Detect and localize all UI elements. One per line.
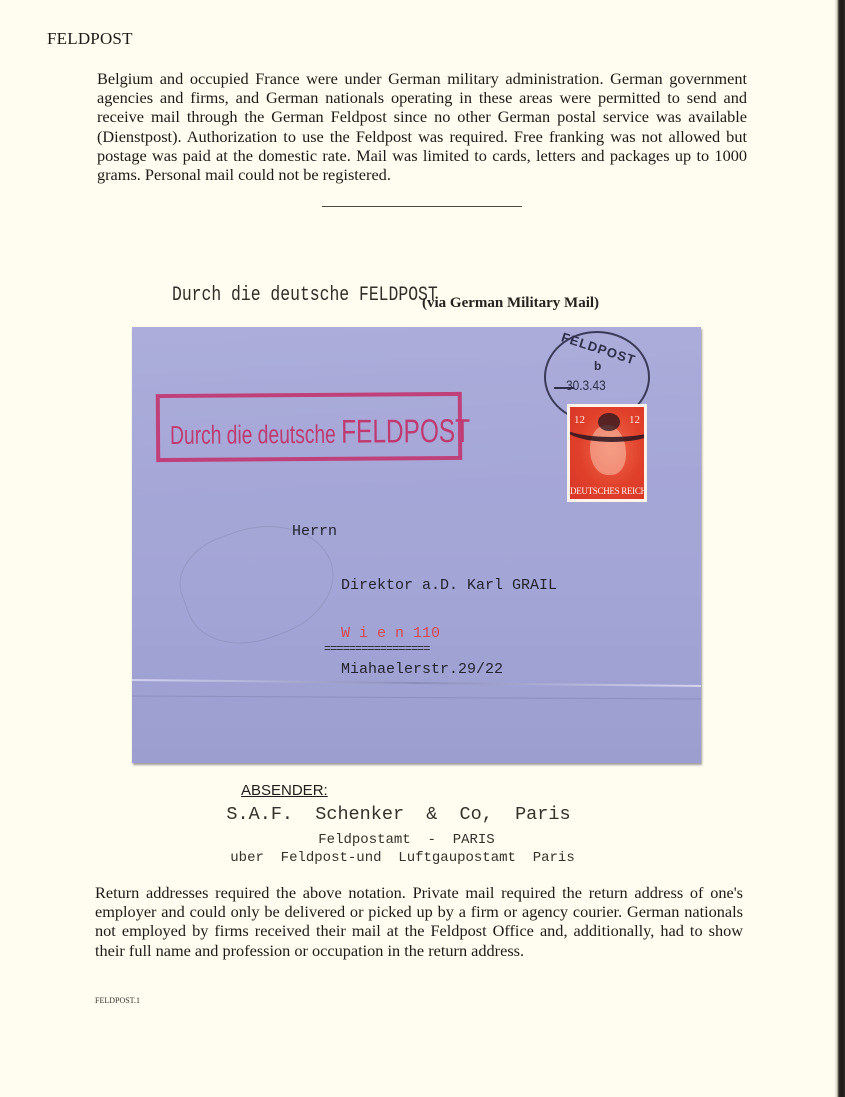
page-code: FELDPOST.1 (95, 996, 140, 1005)
envelope-fold-crease-2 (132, 696, 701, 700)
footer-paragraph: Return addresses required the above nota… (95, 883, 743, 960)
address-underline: ================= (324, 642, 429, 656)
envelope-fold-crease (132, 679, 701, 687)
address-city: W i e n 110 (341, 625, 440, 642)
sender-office: Feldpostamt - PARIS (0, 832, 829, 848)
sender-name: S.A.F. Schenker & Co, Paris (0, 804, 821, 825)
feldpost-cachet: Durch die deutsche FELDPOST (156, 392, 462, 462)
caption-english: (via German Military Mail) (422, 295, 599, 312)
stamp-label: DEUTSCHES REICH (570, 486, 644, 496)
cover-caption: Durch die deutsche FELDPOST (via German … (172, 284, 496, 307)
postmark-letter: b (594, 359, 601, 373)
intro-paragraph: Belgium and occupied France were under G… (97, 69, 747, 184)
page-edge-shadow (834, 0, 845, 1097)
section-divider (322, 206, 522, 207)
cachet-text: Durch die deutsche FELDPOST (170, 412, 470, 452)
sender-via: uber Feldpost-und Luftgaupostamt Paris (0, 850, 825, 866)
postage-stamp: 12 12 DEUTSCHES REICH (567, 404, 647, 502)
address-name: Direktor a.D. Karl GRAIL (341, 577, 557, 594)
cachet-text-small: Durch die deutsche (170, 419, 341, 450)
sender-label: ABSENDER: (241, 782, 328, 799)
page-heading: FELDPOST (47, 29, 133, 49)
postmark-date: 30.3.43 (566, 377, 606, 393)
stamp-face: 12 12 DEUTSCHES REICH (570, 407, 644, 499)
stamp-cancel-eagle (598, 413, 620, 431)
envelope-cover: Durch die deutsche FELDPOST FELDPOST b 3… (132, 327, 701, 763)
address-street: Miahaelerstr.29/22 (341, 661, 503, 678)
address-salutation: Herrn (292, 523, 337, 540)
caption-german: Durch die deutsche FELDPOST (172, 284, 438, 307)
cachet-text-large: FELDPOST (341, 412, 470, 450)
